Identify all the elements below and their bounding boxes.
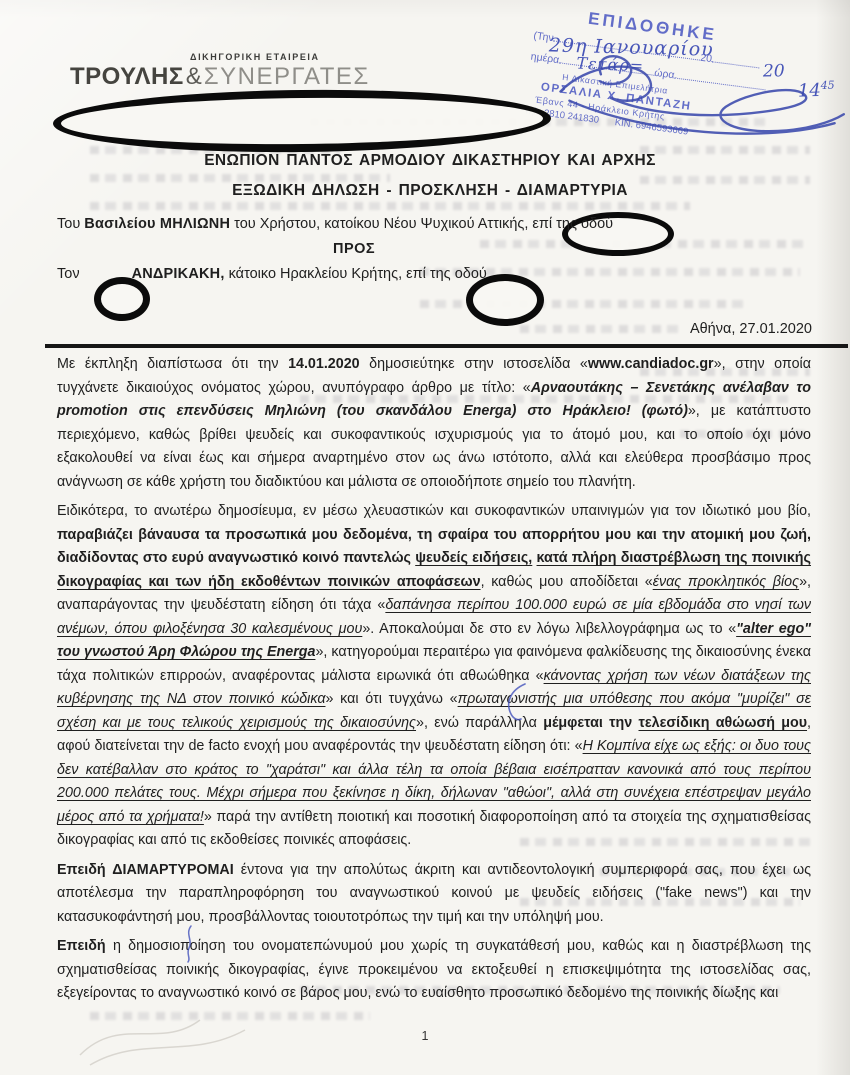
text-run: ». Αποκαλούμαι δε στο εν λόγω λιβελλογρά… — [362, 621, 736, 637]
redaction-ellipse-recipient-firstname — [94, 277, 150, 321]
bleedthrough-mark — [90, 202, 690, 210]
scanned-legal-document-page: ΔΙΚΗΓΟΡΙΚΗ ΕΤΑΙΡΕΙΑ ΤΡΟΥΛΗΣ&ΣΥΝΕΡΓΑΤΕΣ Ε… — [0, 0, 850, 1075]
document-heading: ΕΝΩΠΙΟΝ ΠΑΝΤΟΣ ΑΡΜΟΔΙΟΥ ΔΙΚΑΣΤΗΡΙΟΥ ΚΑΙ … — [150, 152, 710, 200]
pen-mark-arc — [503, 682, 529, 722]
pen-mark-squiggle — [182, 924, 198, 964]
dateline: Αθήνα, 27.01.2020 — [690, 321, 812, 337]
document-body: Με έκπληξη διαπίστωσα ότι την 14.01.2020… — [57, 353, 811, 1012]
bleedthrough-mark — [520, 325, 680, 333]
firm-type-label: ΔΙΚΗΓΟΡΙΚΗ ΕΤΑΙΡΕΙΑ — [190, 52, 370, 62]
text-run: η δημοσιοποίηση του ονοματεπώνυμού μου χ… — [57, 938, 811, 1001]
heading-type: ΕΞΩΔΙΚΗ ΔΗΛΩΣΗ - ΠΡΟΣΚΛΗΣΗ - ΔΙΑΜΑΡΤΥΡΙΑ — [150, 182, 710, 200]
text-run: , καθώς μου αποδίδεται « — [481, 574, 653, 590]
text-run: δημοσιεύτηκε στην ιστοσελίδα « — [360, 356, 588, 372]
text-run: Ειδικότερα, το ανωτέρω δημοσίευμα, εν μέ… — [57, 503, 811, 519]
firm-name-primary: ΤΡΟΥΛΗΣ — [70, 63, 184, 90]
recipient-name: ΑΝΔΡΙΚΑΚΗ, — [132, 266, 225, 282]
principal-party-line: Του Βασιλείου ΜΗΛΙΩΝΗ του Χρήστου, κατοί… — [57, 216, 812, 232]
principal-details: του Χρήστου, κατοίκου Νέου Ψυχικού Αττικ… — [230, 216, 613, 232]
parties-block: Του Βασιλείου ΜΗΛΙΩΝΗ του Χρήστου, κατοί… — [57, 216, 812, 282]
pros-label: ΠΡΟΣ — [333, 241, 812, 257]
text-run: » και ότι τυγχάνω « — [325, 691, 457, 707]
text-run: 14.01.2020 — [288, 356, 360, 372]
text-run: μέμφεται την — [543, 715, 638, 731]
horizontal-rule — [45, 344, 848, 348]
text-run: τελεσίδικη αθώωσή μου — [639, 715, 808, 731]
text-run: Επειδή ΔΙΑΜΑΡΤΥΡΟΜΑΙ — [57, 862, 234, 878]
recipient-prefix: Τον — [57, 266, 80, 282]
text-run: www.candiadoc.gr — [588, 356, 714, 372]
paragraph-defamation-details: Ειδικότερα, το ανωτέρω δημοσίευμα, εν μέ… — [57, 500, 811, 853]
page-number: 1 — [0, 1029, 850, 1043]
text-run: Επειδή — [57, 938, 106, 954]
recipient-details: κάτοικο Ηρακλείου Κρήτης, επί της οδού — [225, 266, 487, 282]
paragraph-publication-complaint: Με έκπληξη διαπίστωσα ότι την 14.01.2020… — [57, 353, 811, 494]
firm-name: ΤΡΟΥΛΗΣ&ΣΥΝΕΡΓΑΤΕΣ — [70, 63, 370, 91]
firm-name-ampersand: & — [186, 63, 202, 90]
law-firm-logo: ΔΙΚΗΓΟΡΙΚΗ ΕΤΑΙΡΕΙΑ ΤΡΟΥΛΗΣ&ΣΥΝΕΡΓΑΤΕΣ — [70, 52, 370, 91]
heading-court: ΕΝΩΠΙΟΝ ΠΑΝΤΟΣ ΑΡΜΟΔΙΟΥ ΔΙΚΑΣΤΗΡΙΟΥ ΚΑΙ … — [150, 152, 710, 170]
principal-name: Βασιλείου ΜΗΛΙΩΝΗ — [84, 216, 230, 232]
text-run: ένας προκλητικός βίος — [653, 574, 799, 590]
text-run: ψευδείς ειδήσεις, — [415, 550, 532, 566]
recipient-party-line: ΤονΑΝΔΡΙΚΑΚΗ, κάτοικο Ηρακλείου Κρήτης, … — [57, 266, 812, 282]
redaction-ellipse-letterhead-address — [53, 87, 552, 154]
principal-prefix: Του — [57, 216, 84, 232]
text-run: Με έκπληξη διαπίστωσα ότι την — [57, 356, 288, 372]
paragraph-protest: Επειδή ΔΙΑΜΑΡΤΥΡΟΜΑΙ έντονα για την απολ… — [57, 859, 811, 930]
firm-name-secondary: ΣΥΝΕΡΓΑΤΕΣ — [204, 63, 370, 90]
